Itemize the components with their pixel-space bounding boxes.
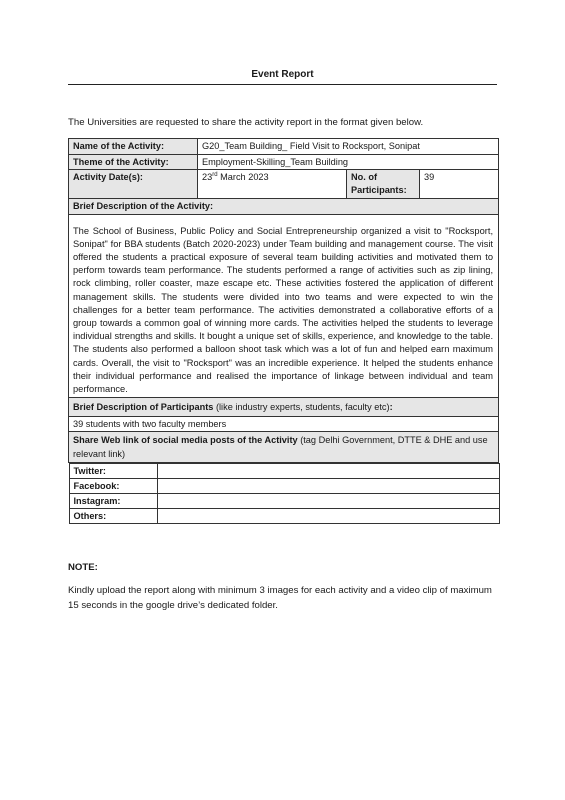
activity-report-table: Name of the Activity: G20_Team Building_…	[68, 138, 499, 524]
brief-activity-label: Brief Description of the Activity:	[69, 199, 499, 215]
date-label: Activity Date(s):	[69, 170, 198, 199]
table-row: Name of the Activity: G20_Team Building_…	[69, 139, 499, 155]
participants-count-label: No. of Participants:	[347, 170, 420, 199]
others-label: Others:	[69, 509, 157, 524]
social-row-twitter: Twitter:	[69, 464, 499, 479]
table-row: Activity Date(s): 23rd March 2023 No. of…	[69, 170, 499, 199]
table-row: Brief Description of the Activity:	[69, 199, 499, 215]
table-row: Brief Description of Participants (like …	[69, 398, 499, 417]
facebook-link-field[interactable]	[157, 479, 499, 494]
table-row: The School of Business, Public Policy an…	[69, 214, 499, 398]
name-label: Name of the Activity:	[69, 139, 198, 155]
share-label-bold: Share Web link of social media posts of …	[73, 435, 298, 445]
brief-participants-label-bold: Brief Description of Participants	[73, 402, 213, 412]
facebook-label: Facebook:	[69, 479, 157, 494]
note-text: Kindly upload the report along with mini…	[68, 584, 498, 613]
share-link-label: Share Web link of social media posts of …	[69, 432, 499, 463]
twitter-link-field[interactable]	[157, 464, 499, 479]
social-links-table: Twitter: Facebook: Instagram: Others:	[69, 463, 500, 524]
social-row-instagram: Instagram:	[69, 494, 499, 509]
brief-participants-value: 39 students with two faculty members	[69, 416, 499, 432]
social-links-container: Twitter: Facebook: Instagram: Others:	[69, 463, 499, 525]
brief-participants-label: Brief Description of Participants (like …	[69, 398, 499, 417]
social-row-facebook: Facebook:	[69, 479, 499, 494]
brief-participants-label-colon: :	[390, 402, 393, 412]
table-row: Twitter: Facebook: Instagram: Others:	[69, 463, 499, 525]
participants-count-value: 39	[420, 170, 499, 199]
title-divider	[68, 84, 497, 85]
instagram-label: Instagram:	[69, 494, 157, 509]
theme-value: Employment-Skilling_Team Building	[198, 154, 499, 170]
twitter-label: Twitter:	[69, 464, 157, 479]
social-row-others: Others:	[69, 509, 499, 524]
table-row: 39 students with two faculty members	[69, 416, 499, 432]
instagram-link-field[interactable]	[157, 494, 499, 509]
intro-text: The Universities are requested to share …	[68, 117, 423, 128]
brief-activity-text: The School of Business, Public Policy an…	[69, 214, 499, 398]
date-day: 23	[202, 172, 212, 182]
note-heading: NOTE:	[68, 562, 98, 573]
others-link-field[interactable]	[157, 509, 499, 524]
table-row: Theme of the Activity: Employment-Skilli…	[69, 154, 499, 170]
brief-participants-label-normal: (like industry experts, students, facult…	[213, 402, 389, 412]
document-page: Event Report The Universities are reques…	[0, 0, 565, 800]
theme-label: Theme of the Activity:	[69, 154, 198, 170]
date-value: 23rd March 2023	[198, 170, 347, 199]
table-row: Share Web link of social media posts of …	[69, 432, 499, 463]
date-rest: March 2023	[218, 172, 269, 182]
name-value: G20_Team Building_ Field Visit to Rocksp…	[198, 139, 499, 155]
document-title: Event Report	[68, 69, 497, 80]
